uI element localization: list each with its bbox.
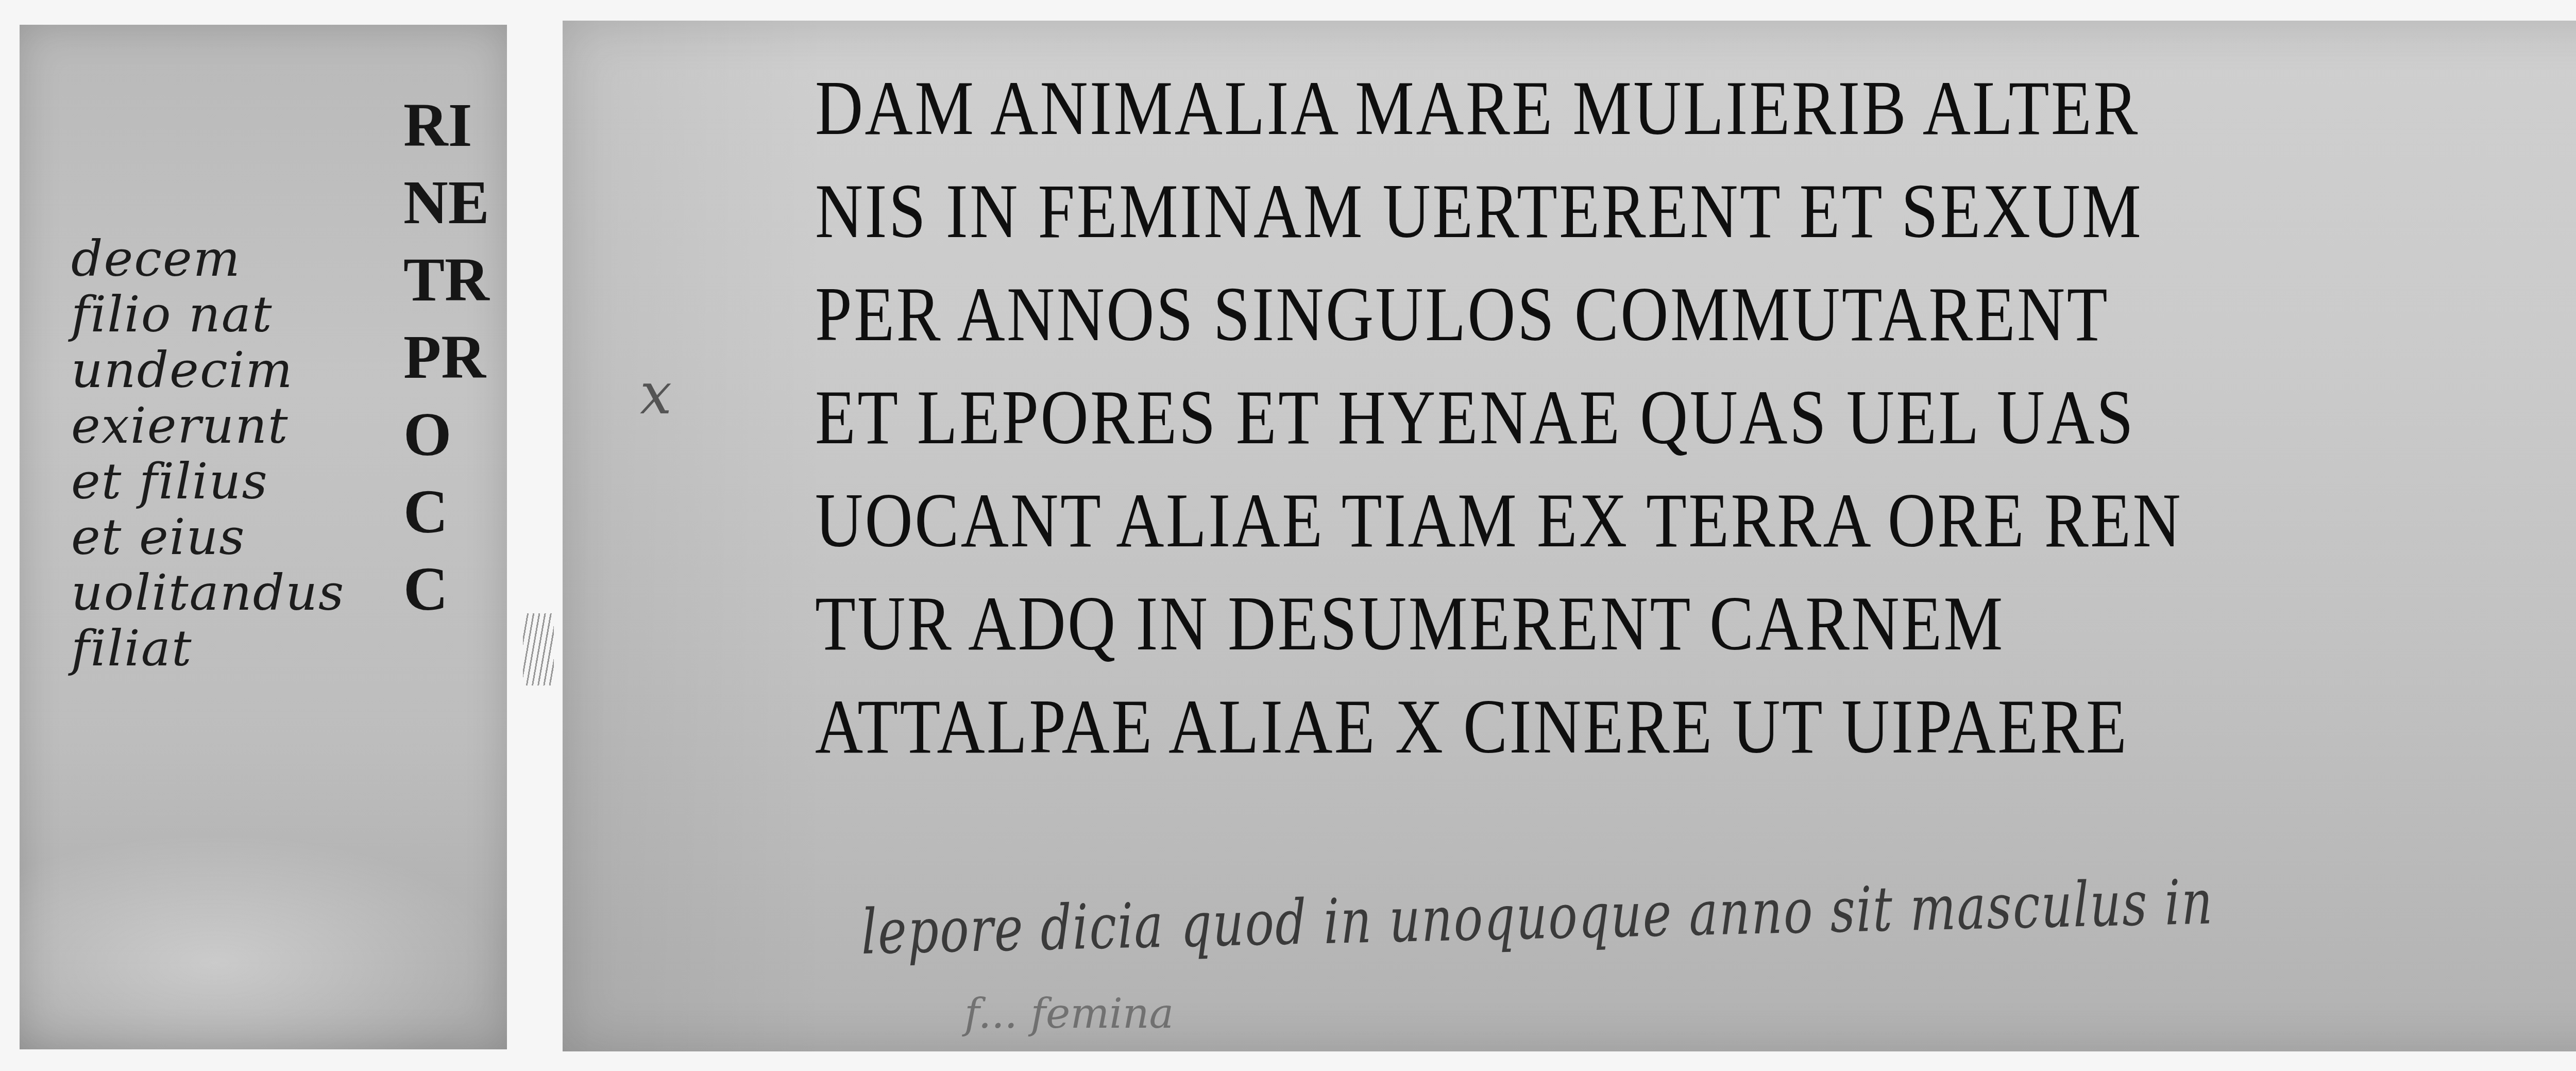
gloss-line: uolitandus — [71, 565, 401, 621]
uncial-text-block: DAM ANIMALIA MARE MULIERIB ALTER NIS IN … — [815, 57, 2576, 778]
initial-letters: NE — [403, 164, 506, 241]
bottom-gloss: lepore dicia quod in unoquoque anno sit … — [861, 866, 2214, 968]
gloss-line: decem — [71, 231, 401, 287]
initial-letters: RI — [403, 87, 506, 164]
main-manuscript-page: x DAM ANIMALIA MARE MULIERIB ALTER NIS I… — [563, 21, 2576, 1051]
left-marginal-gloss: decem filio nat undecim exierunt et fili… — [71, 231, 401, 676]
left-manuscript-fragment: decem filio nat undecim exierunt et fili… — [20, 25, 507, 1049]
gloss-line: filiat — [71, 621, 401, 676]
gloss-line: et eius — [71, 509, 401, 565]
manuscript-plate: decem filio nat undecim exierunt et fili… — [0, 0, 2576, 1071]
initial-letters: O — [403, 396, 506, 473]
initial-letters: C — [403, 473, 506, 550]
initial-letters: TR — [403, 241, 506, 319]
initial-letters: C — [403, 550, 506, 628]
text-line: NIS IN FEMINAM UERTERENT ET SEXUM — [815, 160, 2576, 263]
initial-letters: PR — [403, 319, 506, 396]
text-line: DAM ANIMALIA MARE MULIERIB ALTER — [815, 57, 2576, 160]
text-line: PER ANNOS SINGULOS COMMUTARENT — [815, 263, 2576, 366]
margin-mark: x — [640, 361, 672, 427]
text-line: TUR ADQ IN DESUMERENT CARNEM — [815, 572, 2576, 675]
bottom-gloss-faded: f... femina — [964, 990, 1174, 1037]
text-line: UOCANT ALIAE TIAM EX TERRA ORE REN — [815, 469, 2576, 572]
gloss-line: et filius — [71, 454, 401, 509]
text-line: ET LEPORES ET HYENAE QUAS UEL UAS — [815, 366, 2576, 469]
text-line: ATTALPAE ALIAE X CINERE UT UIPAERE — [815, 675, 2576, 778]
edge-hatch-mark — [523, 613, 554, 685]
gloss-line: undecim — [71, 342, 401, 398]
gloss-line: exierunt — [71, 398, 401, 454]
gloss-line: filio nat — [71, 287, 401, 342]
left-fragment-truncated-text: RI NE TR PR O C C — [403, 87, 506, 628]
